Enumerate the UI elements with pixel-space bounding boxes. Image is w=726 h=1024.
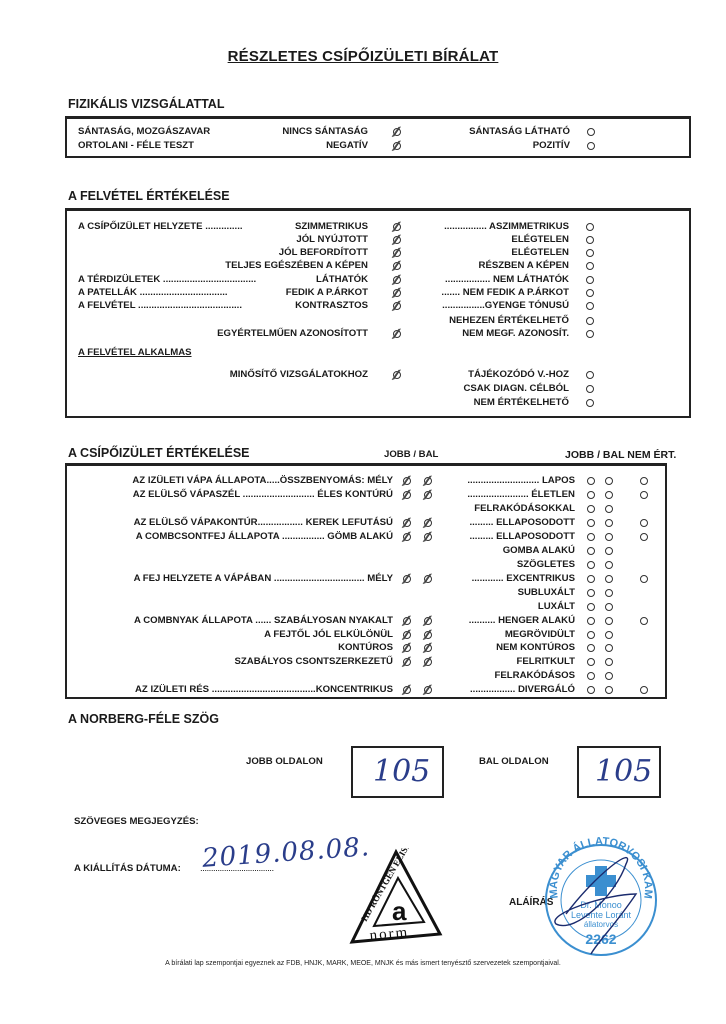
physical-left-option: NEGATÍV	[326, 140, 368, 152]
xray-left-checkbox[interactable]	[393, 236, 401, 244]
hip-abnormal-option: ........................... LAPOS	[467, 475, 575, 487]
hip-right-side-abnormal-checkbox[interactable]	[587, 505, 595, 513]
hip-left-side-abnormal-checkbox[interactable]	[605, 631, 613, 639]
xray-right-option: ................ ASZIMMETRIKUS	[444, 221, 569, 233]
hip-heading: A CSÍPŐIZÜLET ÉRTÉKELÉSE	[68, 446, 250, 460]
hip-row-label: A COMBCSONTFEJ ÁLLAPOTA ................…	[136, 531, 393, 543]
hip-right-side-normal-checkbox[interactable]	[403, 477, 411, 485]
hip-right-side-abnormal-checkbox[interactable]	[587, 603, 595, 611]
hip-left-side-abnormal-checkbox[interactable]	[605, 505, 613, 513]
norberg-right-box[interactable]: 105	[351, 746, 444, 798]
xray-row-label: A PATELLÁK .............................…	[78, 287, 228, 299]
suitable-left-checkbox[interactable]	[393, 371, 401, 379]
hip-abnormal-option: MEGRÖVIDÜLT	[505, 629, 575, 641]
xray-right-checkbox[interactable]	[586, 249, 594, 257]
hip-left-side-normal-checkbox[interactable]	[424, 491, 432, 499]
hip-right-side-abnormal-checkbox[interactable]	[587, 658, 595, 666]
norberg-left-value: 105	[595, 754, 652, 789]
hip-row-label: AZ IZÜLETI RÉS .........................…	[135, 684, 393, 696]
round-stamp: MAGYAR ÁLLATORVOSI KAMARA Dr. Monoo Leve…	[536, 834, 666, 958]
physical-right-checkbox[interactable]	[587, 128, 595, 136]
physical-left-checkbox[interactable]	[393, 128, 401, 136]
hip-left-side-abnormal-checkbox[interactable]	[605, 519, 613, 527]
triangle-stamp-top-text: HD RÖNTGEN ELISM.	[359, 848, 415, 923]
hip-abnormal-option: .......... HENGER ALAKÚ	[469, 615, 575, 627]
hip-row-label: AZ IZÜLETI VÁPA ÁLLAPOTA.....ÖSSZBENYOMÁ…	[132, 475, 393, 487]
suitable-right-checkbox[interactable]	[586, 399, 594, 407]
hip-right-side-normal-checkbox[interactable]	[403, 519, 411, 527]
norberg-heading: A NORBERG-FÉLE SZÖG	[68, 712, 219, 726]
hip-abnormal-option: NEM KONTÚROS	[496, 642, 575, 654]
norberg-left-label: BAL OLDALON	[479, 756, 549, 768]
hip-right-side-normal-checkbox[interactable]	[403, 575, 411, 583]
suitable-right-option: CSAK DIAGN. CÉLBÓL	[463, 383, 569, 395]
hip-col-right-header: JOBB / BAL NEM ÉRT.	[565, 449, 676, 461]
hip-right-side-abnormal-checkbox[interactable]	[587, 589, 595, 597]
hip-abnormal-option: ....................... ÉLETLEN	[467, 489, 575, 501]
hip-left-side-abnormal-checkbox[interactable]	[605, 603, 613, 611]
xray-left-checkbox[interactable]	[393, 249, 401, 257]
physical-heading: FIZIKÁLIS VIZSGÁLATTAL	[68, 97, 224, 111]
hip-abnormal-option: FELRITKULT	[517, 656, 575, 668]
hip-abnormal-option: ................. DIVERGÁLÓ	[470, 684, 575, 696]
physical-right-checkbox[interactable]	[587, 142, 595, 150]
hip-right-side-abnormal-checkbox[interactable]	[587, 617, 595, 625]
hip-left-side-abnormal-checkbox[interactable]	[605, 491, 613, 499]
hip-right-side-normal-checkbox[interactable]	[403, 686, 411, 694]
hip-abnormal-option: GOMBA ALAKÚ	[503, 545, 575, 557]
xray-left-option: JÓL NYÚJTOTT	[296, 234, 368, 246]
xray-right-option: ................GYENGE TÓNUSÚ	[442, 300, 569, 312]
footer-note: A bírálati lap szempontjai egyeznek az F…	[0, 960, 726, 967]
triangle-stamp: HD RÖNTGEN ELISM. a norm	[348, 848, 444, 946]
hip-right-side-abnormal-checkbox[interactable]	[587, 547, 595, 555]
xray-right-option: NEHEZEN ÉRTÉKELHETŐ	[449, 315, 569, 327]
xray-row-label: A FELVÉTEL .............................…	[78, 300, 242, 312]
date-value[interactable]: 2019.08.08.	[201, 832, 371, 874]
physical-row-label: ORTOLANI - FÉLE TESZT	[78, 140, 194, 152]
hip-left-side-abnormal-checkbox[interactable]	[605, 658, 613, 666]
hip-abnormal-option: FELRAKÓDÁSOS	[495, 670, 575, 682]
hip-abnormal-option: LUXÁLT	[538, 601, 575, 613]
hip-right-side-abnormal-checkbox[interactable]	[587, 631, 595, 639]
hip-abnormal-option: SZÖGLETES	[517, 559, 575, 571]
hip-not-evaluable-checkbox[interactable]	[640, 519, 648, 527]
xray-right-checkbox[interactable]	[586, 236, 594, 244]
hip-left-side-normal-checkbox[interactable]	[424, 644, 432, 652]
hip-abnormal-option: SUBLUXÁLT	[518, 587, 575, 599]
hip-not-evaluable-checkbox[interactable]	[640, 575, 648, 583]
xray-left-checkbox[interactable]	[393, 223, 401, 231]
hip-row-label: AZ ELÜLSŐ VÁPASZÉL .....................…	[133, 489, 393, 501]
xray-right-option: RÉSZBEN A KÉPEN	[479, 260, 569, 272]
physical-right-option: POZITÍV	[533, 140, 570, 152]
hip-col-left-header: JOBB / BAL	[384, 449, 438, 461]
suitable-heading: A FELVÉTEL ALKALMAS	[78, 347, 192, 359]
page-title: RÉSZLETES CSÍPŐIZÜLETI BÍRÁLAT	[0, 48, 726, 65]
triangle-stamp-letter: a	[392, 896, 407, 926]
hip-row-label: AZ ELÜLSŐ VÁPAKONTÚR................. KE…	[134, 517, 393, 529]
hip-not-evaluable-checkbox[interactable]	[640, 686, 648, 694]
date-label: A KIÁLLÍTÁS DÁTUMA:	[74, 863, 181, 875]
xray-row-label: A CSÍPŐIZÜLET HELYZETE ..............	[78, 221, 243, 233]
hip-right-side-normal-checkbox[interactable]	[403, 631, 411, 639]
xray-right-option: ELÉGTELEN	[511, 247, 569, 259]
xray-left-option: SZIMMETRIKUS	[295, 221, 368, 233]
xray-left-option: KONTRASZTOS	[295, 300, 368, 312]
norberg-right-label: JOBB OLDALON	[246, 756, 323, 768]
suitable-left-option: MINŐSÍTŐ VIZSGÁLATOKHOZ	[230, 369, 368, 381]
hip-abnormal-option: FELRAKÓDÁSOKKAL	[474, 503, 575, 515]
xray-box	[65, 208, 691, 418]
hip-left-side-normal-checkbox[interactable]	[424, 533, 432, 541]
hip-row-label: A FEJTŐL JÓL ELKÜLÖNÜL	[264, 629, 393, 641]
xray-left-checkbox[interactable]	[393, 262, 401, 270]
hip-left-side-normal-checkbox[interactable]	[424, 617, 432, 625]
hip-right-side-abnormal-checkbox[interactable]	[587, 533, 595, 541]
hip-not-evaluable-checkbox[interactable]	[640, 617, 648, 625]
suitable-right-checkbox[interactable]	[586, 385, 594, 393]
hip-right-side-abnormal-checkbox[interactable]	[587, 686, 595, 694]
hip-left-side-normal-checkbox[interactable]	[424, 519, 432, 527]
hip-abnormal-option: ......... ELLAPOSODOTT	[469, 531, 575, 543]
hip-left-side-normal-checkbox[interactable]	[424, 575, 432, 583]
round-stamp-name2: Levente Loránt	[571, 910, 632, 920]
hip-left-side-abnormal-checkbox[interactable]	[605, 644, 613, 652]
xray-right-checkbox[interactable]	[586, 289, 594, 297]
hip-left-side-normal-checkbox[interactable]	[424, 477, 432, 485]
suitable-right-option: TÁJÉKOZÓDÓ V.-HOZ	[468, 369, 569, 381]
hip-row-label: KONTÚROS	[338, 642, 393, 654]
round-stamp-name1: Dr. Monoo	[580, 900, 622, 910]
hip-not-evaluable-checkbox[interactable]	[640, 477, 648, 485]
hip-left-side-abnormal-checkbox[interactable]	[605, 686, 613, 694]
hip-left-side-abnormal-checkbox[interactable]	[605, 589, 613, 597]
xray-left-checkbox[interactable]	[393, 302, 401, 310]
hip-row-label: A FEJ HELYZETE A VÁPÁBAN ...............…	[134, 573, 393, 585]
hip-right-side-abnormal-checkbox[interactable]	[587, 477, 595, 485]
hip-row-label: A COMBNYAK ÁLLAPOTA ...... SZABÁLYOSAN N…	[134, 615, 393, 627]
hip-right-side-abnormal-checkbox[interactable]	[587, 561, 595, 569]
xray-left-option: TELJES EGÉSZÉBEN A KÉPEN	[225, 260, 368, 272]
hip-right-side-normal-checkbox[interactable]	[403, 533, 411, 541]
hip-row-label: SZABÁLYOS CSONTSZERKEZETŰ	[235, 656, 394, 668]
xray-row-label: A TÉRDIZÜLETEK .........................…	[78, 274, 256, 286]
triangle-stamp-bottom-text: norm	[369, 925, 410, 944]
xray-right-option: ................. NEM LÁTHATÓK	[445, 274, 569, 286]
xray-left-option: FEDIK A P.ÁRKOT	[286, 287, 368, 299]
physical-left-option: NINCS SÁNTASÁG	[282, 126, 368, 138]
hip-left-side-abnormal-checkbox[interactable]	[605, 672, 613, 680]
hip-abnormal-option: ......... ELLAPOSODOTT	[469, 517, 575, 529]
hip-left-side-normal-checkbox[interactable]	[424, 686, 432, 694]
xray-left-checkbox[interactable]	[393, 330, 401, 338]
hip-right-side-normal-checkbox[interactable]	[403, 491, 411, 499]
suitable-right-checkbox[interactable]	[586, 371, 594, 379]
xray-heading: A FELVÉTEL ÉRTÉKELÉSE	[68, 189, 230, 203]
hip-left-side-normal-checkbox[interactable]	[424, 658, 432, 666]
xray-left-checkbox[interactable]	[393, 289, 401, 297]
xray-left-option: LÁTHATÓK	[316, 274, 368, 286]
physical-right-option: SÁNTASÁG LÁTHATÓ	[469, 126, 570, 138]
xray-right-checkbox[interactable]	[586, 262, 594, 270]
hip-right-side-abnormal-checkbox[interactable]	[587, 644, 595, 652]
hip-abnormal-option: ............ EXCENTRIKUS	[472, 573, 575, 585]
physical-row-label: SÁNTASÁG, MOZGÁSZAVAR	[78, 126, 210, 138]
hip-not-evaluable-checkbox[interactable]	[640, 533, 648, 541]
xray-right-option: ....... NEM FEDIK A P.ÁRKOT	[441, 287, 569, 299]
hip-left-side-abnormal-checkbox[interactable]	[605, 575, 613, 583]
hip-right-side-abnormal-checkbox[interactable]	[587, 672, 595, 680]
hip-left-side-abnormal-checkbox[interactable]	[605, 617, 613, 625]
hip-right-side-normal-checkbox[interactable]	[403, 644, 411, 652]
hip-left-side-normal-checkbox[interactable]	[424, 631, 432, 639]
hip-right-side-abnormal-checkbox[interactable]	[587, 575, 595, 583]
xray-right-option: ELÉGTELEN	[511, 234, 569, 246]
norberg-right-value: 105	[373, 754, 430, 789]
xray-right-checkbox[interactable]	[586, 223, 594, 231]
hip-left-side-abnormal-checkbox[interactable]	[605, 477, 613, 485]
triangle-stamp-icon: HD RÖNTGEN ELISM. a norm	[348, 848, 444, 946]
round-stamp-icon: MAGYAR ÁLLATORVOSI KAMARA Dr. Monoo Leve…	[536, 834, 666, 958]
xray-right-option: NEM MEGF. AZONOSÍT.	[462, 328, 569, 340]
xray-left-option: EGYÉRTELMŰEN AZONOSÍTOTT	[217, 328, 368, 340]
physical-left-checkbox[interactable]	[393, 142, 401, 150]
xray-left-checkbox[interactable]	[393, 276, 401, 284]
xray-right-checkbox[interactable]	[586, 317, 594, 325]
remarks-label: SZÖVEGES MEGJEGYZÉS:	[74, 816, 199, 828]
hip-right-side-normal-checkbox[interactable]	[403, 658, 411, 666]
xray-right-checkbox[interactable]	[586, 302, 594, 310]
hip-right-side-normal-checkbox[interactable]	[403, 617, 411, 625]
hip-left-side-abnormal-checkbox[interactable]	[605, 547, 613, 555]
hip-right-side-abnormal-checkbox[interactable]	[587, 519, 595, 527]
hip-right-side-abnormal-checkbox[interactable]	[587, 491, 595, 499]
hip-not-evaluable-checkbox[interactable]	[640, 491, 648, 499]
xray-right-checkbox[interactable]	[586, 276, 594, 284]
norberg-left-box[interactable]: 105	[577, 746, 661, 798]
xray-left-option: JÓL BEFORDÍTOTT	[279, 247, 368, 259]
hip-left-side-abnormal-checkbox[interactable]	[605, 533, 613, 541]
hip-left-side-abnormal-checkbox[interactable]	[605, 561, 613, 569]
xray-right-checkbox[interactable]	[586, 330, 594, 338]
suitable-right-option: NEM ÉRTÉKELHETŐ	[474, 397, 569, 409]
